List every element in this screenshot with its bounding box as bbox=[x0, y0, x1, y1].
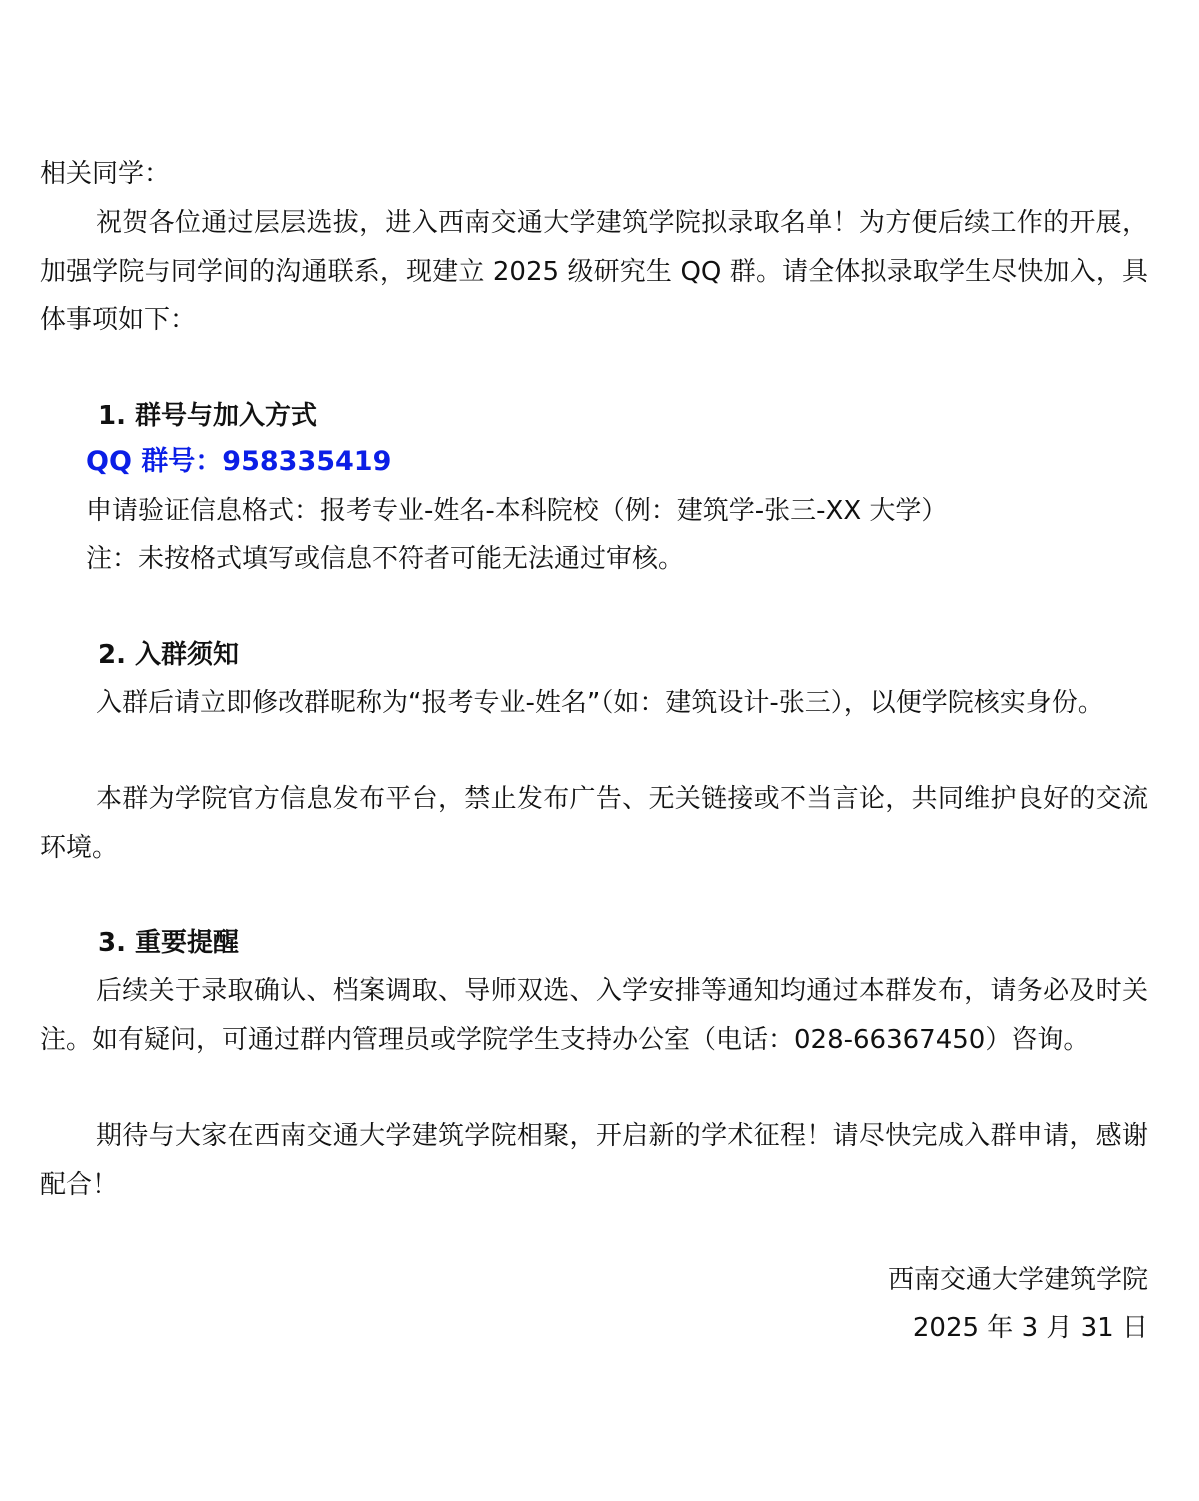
section-2-heading: 2. 入群须知 bbox=[98, 631, 239, 679]
verification-note-line: 注：未按格式填写或信息不符者可能无法通过审核。 bbox=[86, 535, 684, 583]
intro-paragraph: 祝贺各位通过层层选拔，进入西南交通大学建筑学院拟录取名单！为方便后续工作的开展，… bbox=[40, 199, 1148, 345]
salutation: 相关同学： bbox=[40, 150, 170, 198]
qq-group-number: QQ 群号：958335419 bbox=[86, 438, 391, 486]
section-2-paragraph-2: 本群为学院官方信息发布平台，禁止发布广告、无关链接或不当言论，共同维护良好的交流… bbox=[40, 775, 1148, 872]
signature-date: 2025 年 3 月 31 日 bbox=[913, 1304, 1148, 1352]
section-3-paragraph-2: 期待与大家在西南交通大学建筑学院相聚，开启新的学术征程！请尽快完成入群申请，感谢… bbox=[40, 1112, 1148, 1209]
section-3-paragraph-1: 后续关于录取确认、档案调取、导师双选、入学安排等通知均通过本群发布，请务必及时关… bbox=[40, 967, 1148, 1064]
signature-organization: 西南交通大学建筑学院 bbox=[888, 1256, 1148, 1304]
section-2-paragraph-1: 入群后请立即修改群昵称为“报考专业-姓名”（如：建筑设计-张三），以便学院核实身… bbox=[40, 679, 1148, 728]
verification-format-line: 申请验证信息格式：报考专业-姓名-本科院校（例：建筑学-张三-XX 大学） bbox=[86, 487, 947, 535]
section-3-heading: 3. 重要提醒 bbox=[98, 919, 239, 967]
section-1-heading: 1. 群号与加入方式 bbox=[98, 392, 317, 440]
